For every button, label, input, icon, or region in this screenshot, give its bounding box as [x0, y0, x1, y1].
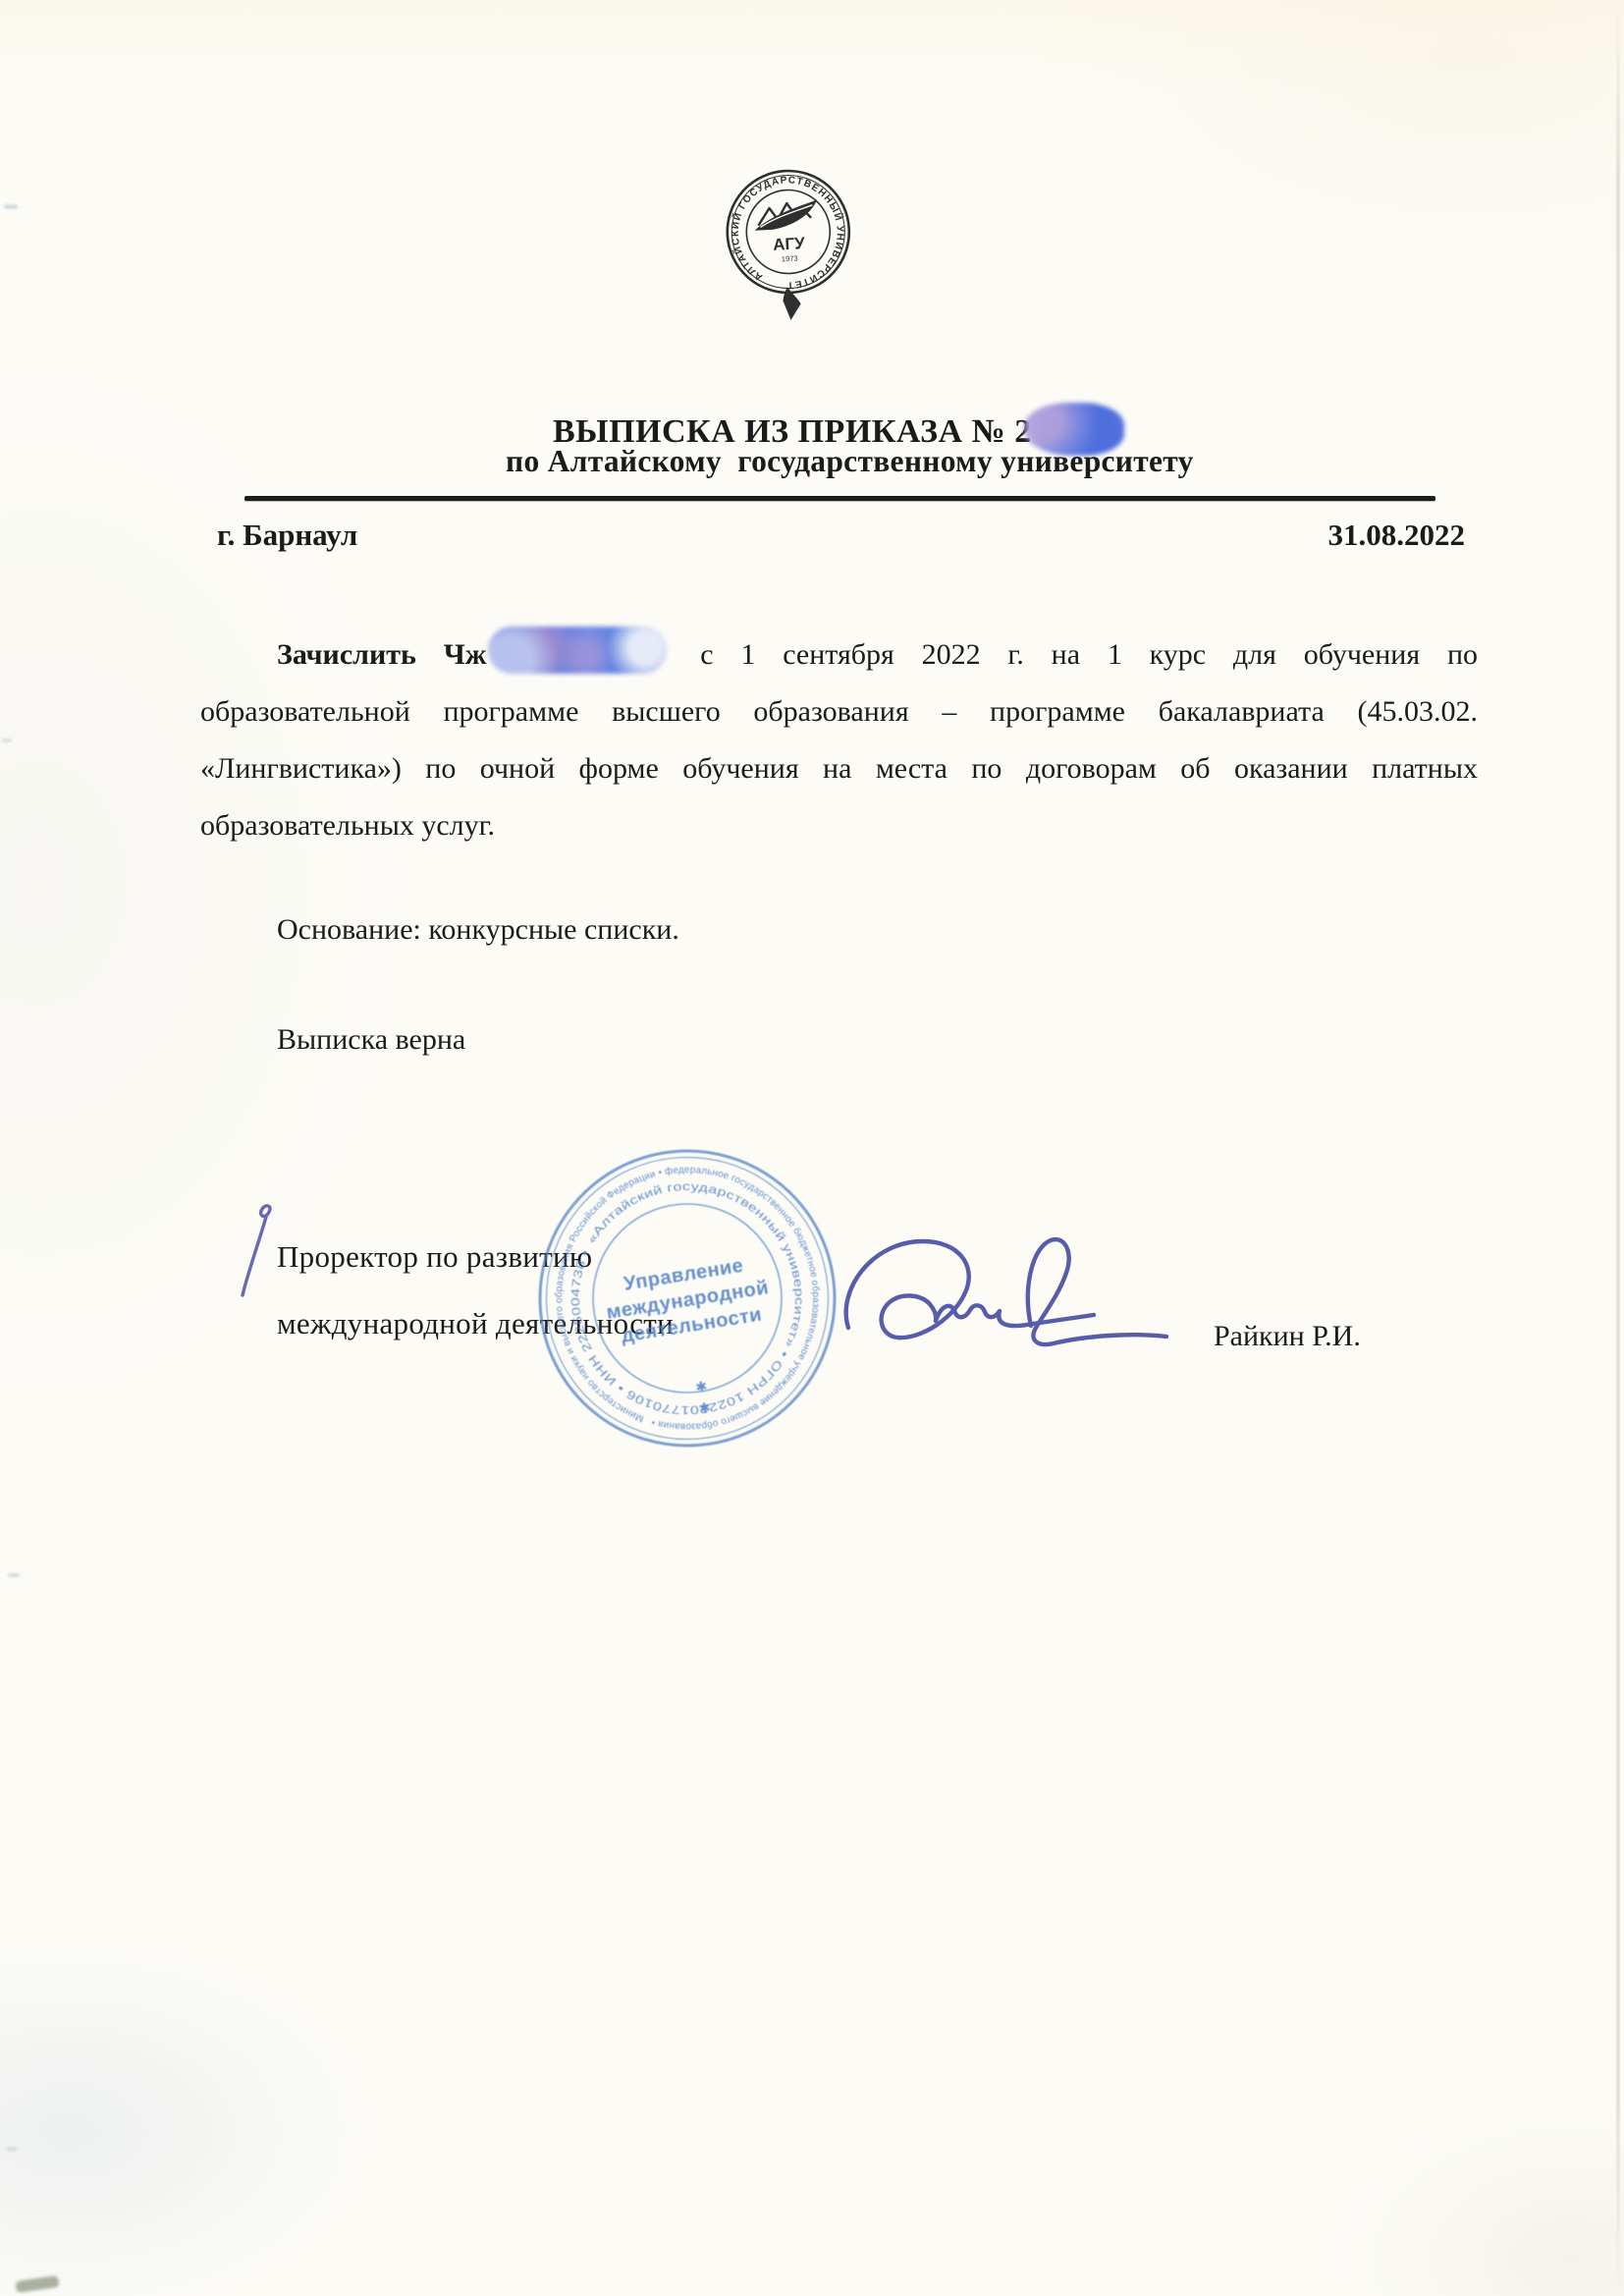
enroll-word: Зачислить — [277, 638, 416, 671]
university-stamp: Министерство науки и высшего образования… — [530, 1141, 844, 1455]
date-label: 31.08.2022 — [1328, 518, 1466, 553]
scanned-document-page: АЛТАЙСКИЙ ГОСУДАРСТВЕННЫЙ УНИВЕРСИТЕТ АГ… — [0, 0, 1624, 2296]
signer-name: Райкин Р.И. — [1214, 1320, 1361, 1353]
scan-artifact-bottom-left — [15, 2275, 59, 2293]
handwritten-signature — [837, 1210, 1175, 1382]
city-label: г. Барнаул — [217, 518, 357, 553]
document-title: ВЫПИСКА ИЗ ПРИКАЗА № 2 — [553, 389, 1124, 451]
header-divider — [244, 496, 1435, 501]
logo-abbr: АГУ — [773, 234, 806, 254]
scan-artifact — [2, 738, 12, 742]
scan-artifact — [6, 2147, 18, 2152]
paragraph-line-3: «Лингвистика») по очной форме обучения н… — [200, 740, 1478, 797]
document-subtitle: по Алтайскому государственному университ… — [506, 444, 1194, 479]
order-paragraph: Зачислить Чж с 1 сентября 2022 г. на 1 к… — [200, 617, 1478, 854]
basis-line: Основание: конкурсные списки. — [200, 913, 1478, 947]
stamp-star-top: ✱ — [694, 1378, 708, 1395]
student-name-redaction — [488, 627, 667, 674]
paragraph-line-4: образовательных услуг. — [200, 797, 1478, 854]
student-name-visible: Чж — [444, 638, 487, 671]
scan-artifact — [8, 1573, 20, 1577]
round-stamp-icon: Министерство науки и высшего образования… — [530, 1141, 844, 1455]
paragraph-line-2: образовательной программе высшего образо… — [200, 683, 1478, 740]
page-edge-shadow — [1616, 0, 1620, 2296]
attestation-line: Выписка верна — [200, 1023, 1478, 1057]
scan-artifact — [4, 204, 18, 209]
pen-slash-mark — [234, 1204, 283, 1302]
stamp-star-bottom: ✱ — [698, 1399, 712, 1417]
paragraph-line-1: Зачислить Чж с 1 сентября 2022 г. на 1 к… — [200, 617, 1478, 683]
logo-year: 1973 — [782, 254, 798, 264]
pen-slash-icon — [234, 1204, 283, 1302]
university-logo: АЛТАЙСКИЙ ГОСУДАРСТВЕННЫЙ УНИВЕРСИТЕТ АГ… — [720, 167, 857, 322]
paragraph-line-1-rest: с 1 сентября 2022 г. на 1 курс для обуче… — [700, 638, 1478, 671]
signature-icon — [837, 1210, 1175, 1382]
university-emblem-icon: АЛТАЙСКИЙ ГОСУДАРСТВЕННЫЙ УНИВЕРСИТЕТ АГ… — [720, 167, 857, 322]
